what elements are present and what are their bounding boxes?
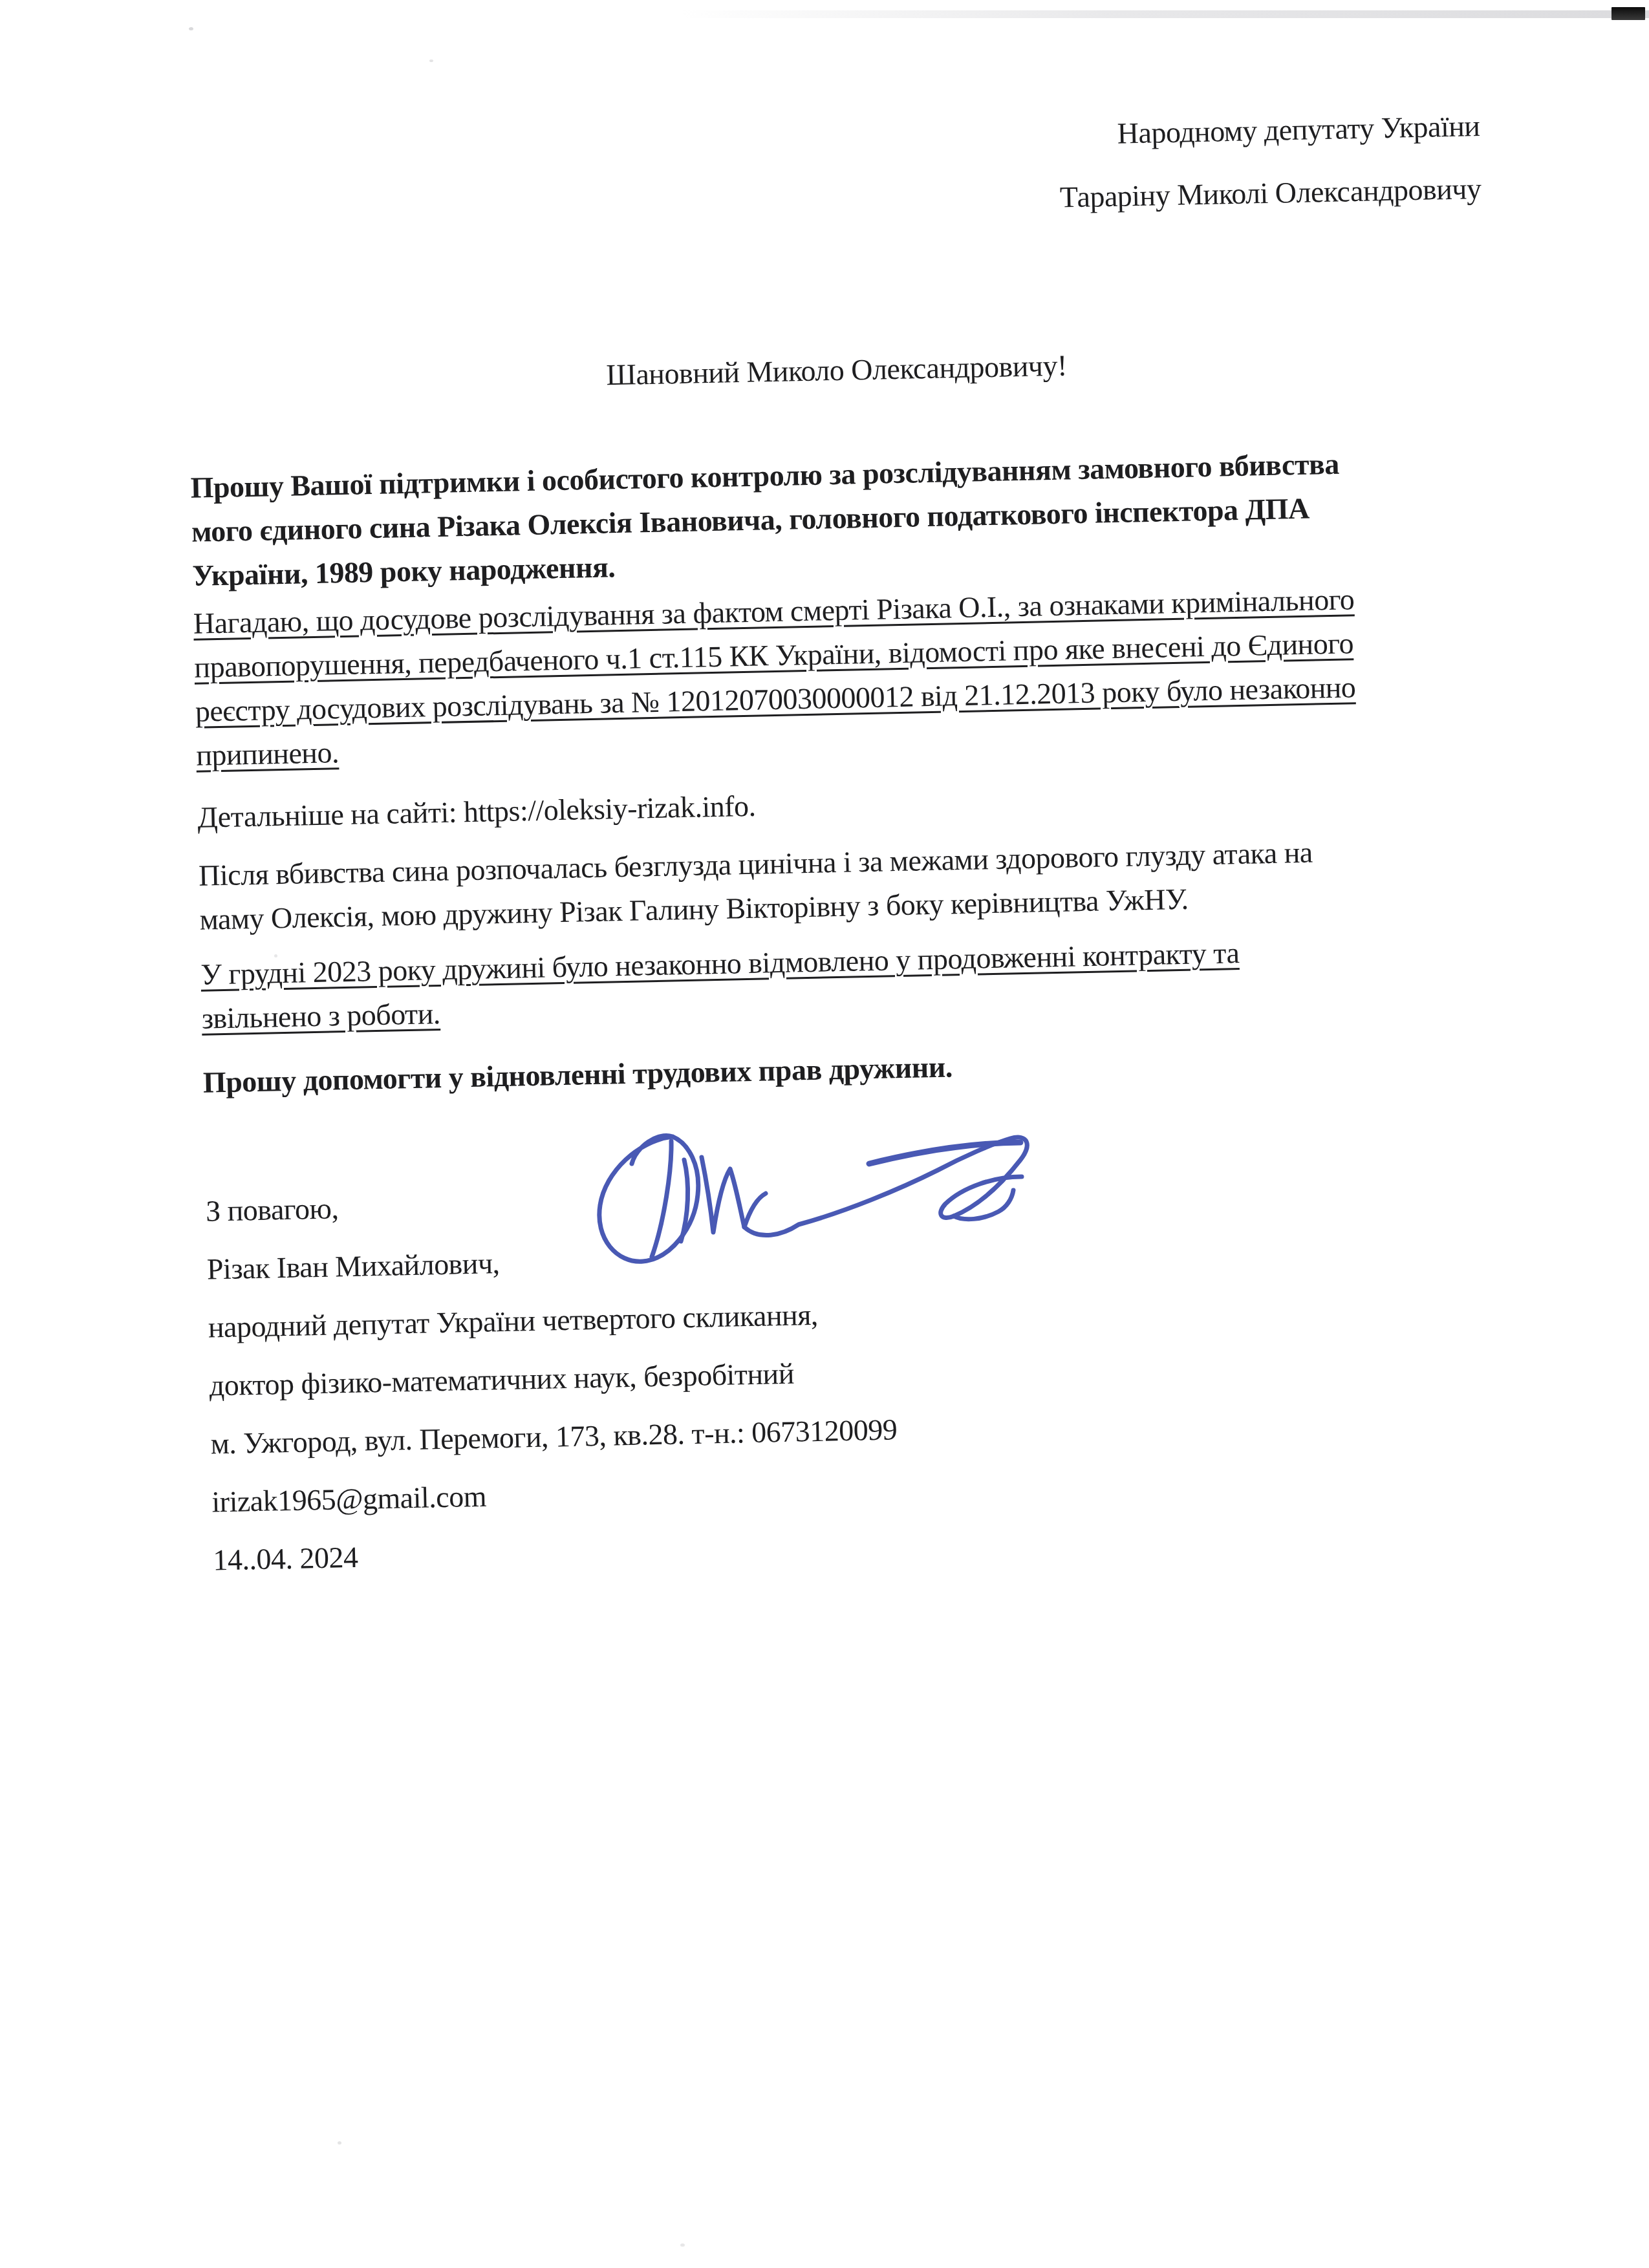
paragraph-contract-termination: У грудні 2023 року дружині було незаконн…: [200, 926, 1498, 1041]
recipient-block: Народному депутату України Тараріну Мико…: [183, 108, 1482, 234]
paragraph-website-reference: Детальніше на сайті: https://oleksiy-riz…: [197, 769, 1494, 840]
scan-speck: [680, 2243, 685, 2247]
sender-address-phone: м. Ужгород, вул. Перемоги, 173, кв.28. т…: [210, 1399, 1507, 1462]
scan-speck: [338, 2141, 341, 2145]
recipient-line-2: Тараріну Миколі Олександровичу: [184, 171, 1482, 234]
paragraph-support-request: Прошу Вашої підтримки і особистого контр…: [190, 439, 1489, 598]
paragraph-investigation-note: Нагадаю, що досудове розслідування за фа…: [193, 575, 1493, 778]
sender-title-doctor: доктор фізико-математичних наук, безробі…: [209, 1341, 1506, 1404]
scan-speck: [189, 27, 193, 30]
sender-name: Різак Іван Михайлович,: [206, 1225, 1503, 1288]
letter-content: Народному депутату України Тараріну Мико…: [183, 108, 1509, 1579]
salutation: Шановний Миколо Олександровичу!: [188, 339, 1485, 402]
scan-streak-artifact: [679, 10, 1649, 18]
paragraph-help-request: Прошу допомогти у відновленні трудових п…: [202, 1034, 1500, 1105]
sender-title-deputy: народний депутат України четвертого скли…: [208, 1283, 1505, 1346]
scan-artifact-bar: [1611, 7, 1645, 20]
scanned-letter-page: Народному депутату України Тараріну Мико…: [0, 0, 1649, 2268]
paragraph-attack-on-wife: Після вбивства сина розпочалась безглузд…: [199, 827, 1496, 942]
sender-email: irizak1965@gmail.com: [211, 1457, 1509, 1521]
closing-regards: З повагою,: [206, 1166, 1503, 1230]
letter-date: 14..04. 2024: [213, 1515, 1510, 1579]
recipient-line-1: Народному депутату України: [183, 108, 1480, 171]
scan-speck: [429, 59, 433, 62]
